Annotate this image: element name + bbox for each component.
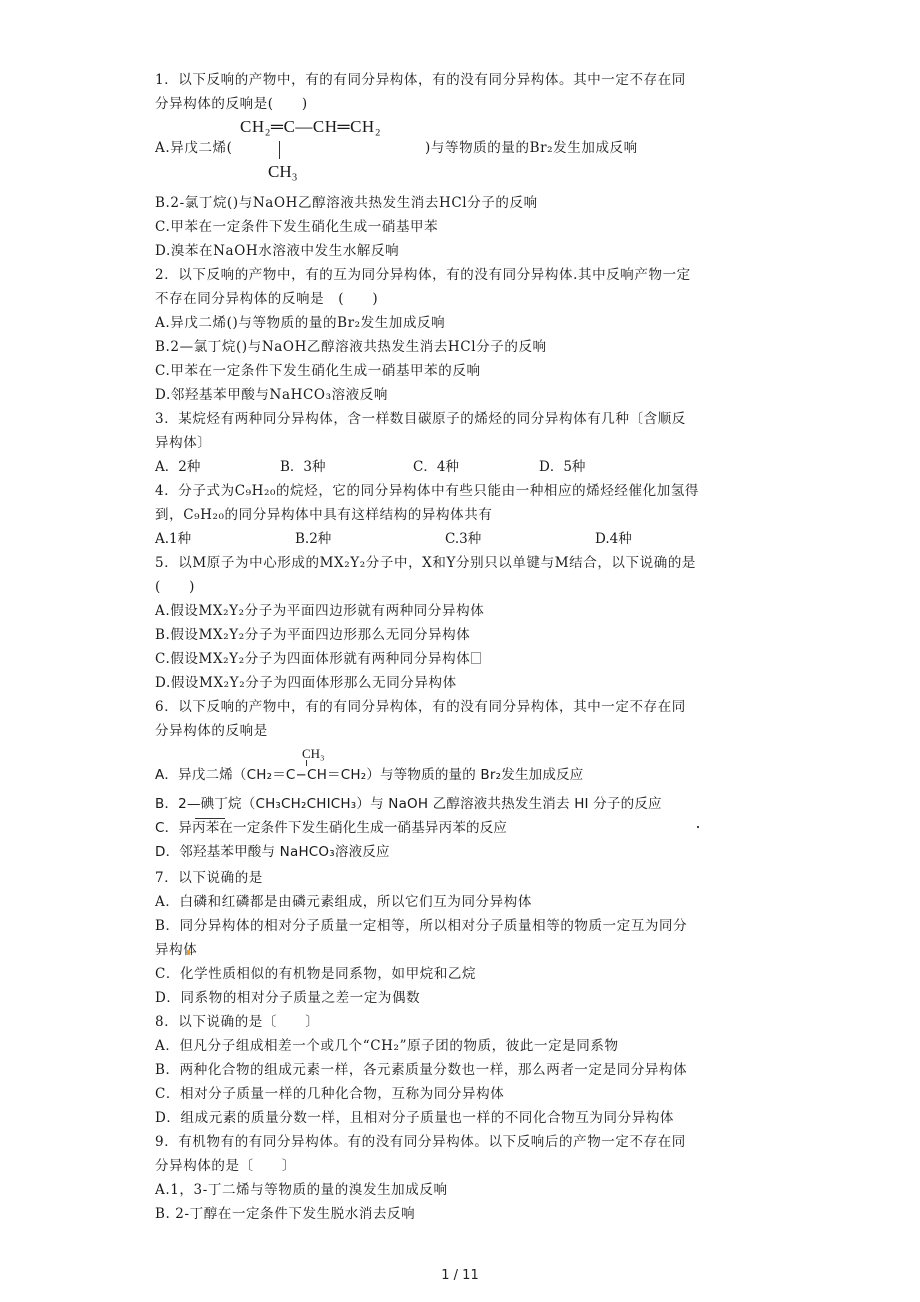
q5-option-c: C.假设MX₂Y₂分子为四面体形就有两种同分异构体 (155, 649, 481, 669)
q2-option-c: C.甲苯在一定条件下发生硝化生成一硝基甲苯的反响 (155, 361, 481, 381)
q1-stem-line1: 1．以下反响的产物中，有的有同分异构体，有的没有同分异构体。其中一定不存在同 (155, 70, 686, 90)
q6-stem-line1: 6．以下反响的产物中，有的有同分异构体，有的没有同分异构体，其中一定不存在同 (155, 697, 686, 717)
q1-option-c: C.甲苯在一定条件下发生硝化生成一硝基甲苯 (155, 217, 438, 237)
q5-option-d: D.假设MX₂Y₂分子为四面体形那么无同分异构体 (155, 673, 457, 693)
structure-methyl: CH₃ (268, 162, 298, 182)
q3-stem-line2: 异构体〕 (155, 433, 211, 453)
orange-highlight-mark (187, 950, 190, 955)
q8-option-c: C．相对分子质量一样的几种化合物，互称为同分异构体 (155, 1084, 504, 1104)
q8-stem-line1: 8．以下说确的是〔 〕 (155, 1012, 319, 1032)
q7-option-c: C．化学性质相似的有机物是同系物，如甲烷和乙烷 (155, 964, 476, 984)
q5-option-b: B.假设MX₂Y₂分子为平面四边形那么无同分异构体 (155, 625, 470, 645)
structure-bond-line (279, 141, 280, 159)
q7-option-d: D．同系物的相对分子质量之差一定为偶数 (155, 988, 420, 1008)
q5-stem-line2: ( ) (155, 577, 195, 597)
q5-option-c-text: C.假设MX₂Y₂分子为四面体形就有两种同分异构体 (155, 651, 470, 667)
q9-stem-line1: 9．有机物有的有同分异构体。有的没有同分异构体。以下反响后的产物一定不存在同 (155, 1132, 686, 1152)
document-page: 1．以下反响的产物中，有的有同分异构体，有的没有同分异构体。其中一定不存在同 分… (0, 0, 920, 1302)
q8-option-d: D．组成元素的质量分数一样，且相对分子质量也一样的不同化合物互为同分异构体 (155, 1108, 674, 1128)
q8-option-b: B．两种化合物的组成元素一样，各元素质量分数也一样，那么两者一定是同分异构体 (155, 1060, 687, 1080)
q8-option-a: A．但凡分子组成相差一个或几个“CH₂”原子团的物质，彼此一定是同系物 (155, 1036, 619, 1056)
q4-option-c: C.3种 (445, 529, 481, 549)
q9-stem-line2: 分异构体的是〔 〕 (155, 1156, 296, 1176)
q3-option-b: B．3种 (280, 457, 326, 477)
q3-option-d: D．5种 (539, 457, 585, 477)
q3-stem-line1: 3．某烷烃有两种同分异构体，含一样数目碳原子的烯烃的同分异构体有几种〔含顺反 (155, 409, 686, 429)
q4-option-a: A.1种 (155, 529, 191, 549)
q1-option-a-suffix: )与等物质的量的Br₂发生加成反响 (425, 138, 638, 158)
q5-stem-line1: 5．以M原子为中心形成的MX₂Y₂分子中，X和Y分别只以单键与M结合，以下说确的… (155, 553, 696, 573)
q6-option-c: C．异丙苯在一定条件下发生硝化生成一硝基异丙苯的反应 (155, 818, 507, 838)
q5-option-a: A.假设MX₂Y₂分子为平面四边形就有两种同分异构体 (155, 601, 484, 621)
q4-stem-line2: 到，C₉H₂₀的同分异构体中具有这样结构的异构体共有 (155, 505, 492, 525)
q6-stem-line2: 分异构体的反响是 (155, 721, 268, 741)
q2-option-a: A.异戊二烯()与等物质的量的Br₂发生加成反响 (155, 313, 445, 333)
q1-option-a-prefix: A.异戊二烯( (155, 138, 233, 158)
q4-option-b: B.2种 (295, 529, 331, 549)
missing-glyph-box-icon (471, 652, 481, 664)
q6-option-d: D．邻羟基苯甲酸与 NaHCO₃溶液反应 (155, 842, 390, 862)
q6-option-b: B．2—碘丁烷（CH₃CH₂CHICH₃）与 NaOH 乙醇溶液共热发生消去 H… (155, 794, 662, 814)
page-indicator: 1 / 11 (0, 1268, 920, 1283)
q1-option-b: B.2-氯丁烷()与NaOH乙醇溶液共热发生消去HCl分子的反响 (155, 193, 538, 213)
q7-option-b: B．同分异构体的相对分子质量一定相等，所以相对分子质量相等的物质一定互为同分 (155, 916, 687, 936)
q2-option-b: B.2—氯丁烷()与NaOH乙醇溶液共热发生消去HCl分子的反响 (155, 337, 547, 357)
q9-option-b: B. 2-丁醇在一定条件下发生脱水消去反响 (155, 1204, 415, 1224)
q4-stem-line1: 4．分子式为C₉H₂₀的烷烃，它的同分异构体中有些只能由一种相应的烯烃经催化加氢… (155, 481, 699, 501)
q4-option-d: D.4种 (595, 529, 632, 549)
q1-stem-line2: 分异构体的反响是( ) (155, 94, 308, 114)
q1-option-d: D.溴苯在NaOH水溶液中发生水解反响 (155, 241, 399, 261)
structure-main-chain: CH₂═C—CH═CH₂ (240, 117, 381, 136)
q7-option-a: A．白磷和红磷都是由磷元素组成，所以它们互为同分异构体 (155, 892, 532, 912)
q6-option-a: A．异戊二烯（CH₂＝C−CH＝CH₂）与等物质的量的 Br₂发生加成反应 (155, 765, 583, 785)
q2-stem-line1: 2．以下反响的产物中，有的互为同分异构体，有的没有同分异构体.其中反响产物一定 (155, 265, 691, 285)
stray-dot (697, 826, 699, 828)
q2-option-d: D.邻羟基苯甲酸与NaHCO₃溶液反响 (155, 385, 388, 405)
q7-stem-line1: 7．以下说确的是 (155, 868, 263, 888)
q2-stem-line2: 不存在同分异构体的反响是 ( ) (155, 289, 378, 309)
q7-option-b-line2: 异构体 (155, 940, 197, 960)
q7-option-b-line2-text: 异构体 (155, 942, 197, 958)
q1-structure-isoprene: CH₂═C—CH═CH₂ (240, 117, 381, 137)
q3-option-c: C．4种 (413, 457, 459, 477)
q9-option-a: A.1，3-丁二烯与等物质的量的溴发生加成反响 (155, 1180, 448, 1200)
q3-option-a: A．2种 (155, 457, 200, 477)
q6-overline-mark (195, 818, 225, 819)
